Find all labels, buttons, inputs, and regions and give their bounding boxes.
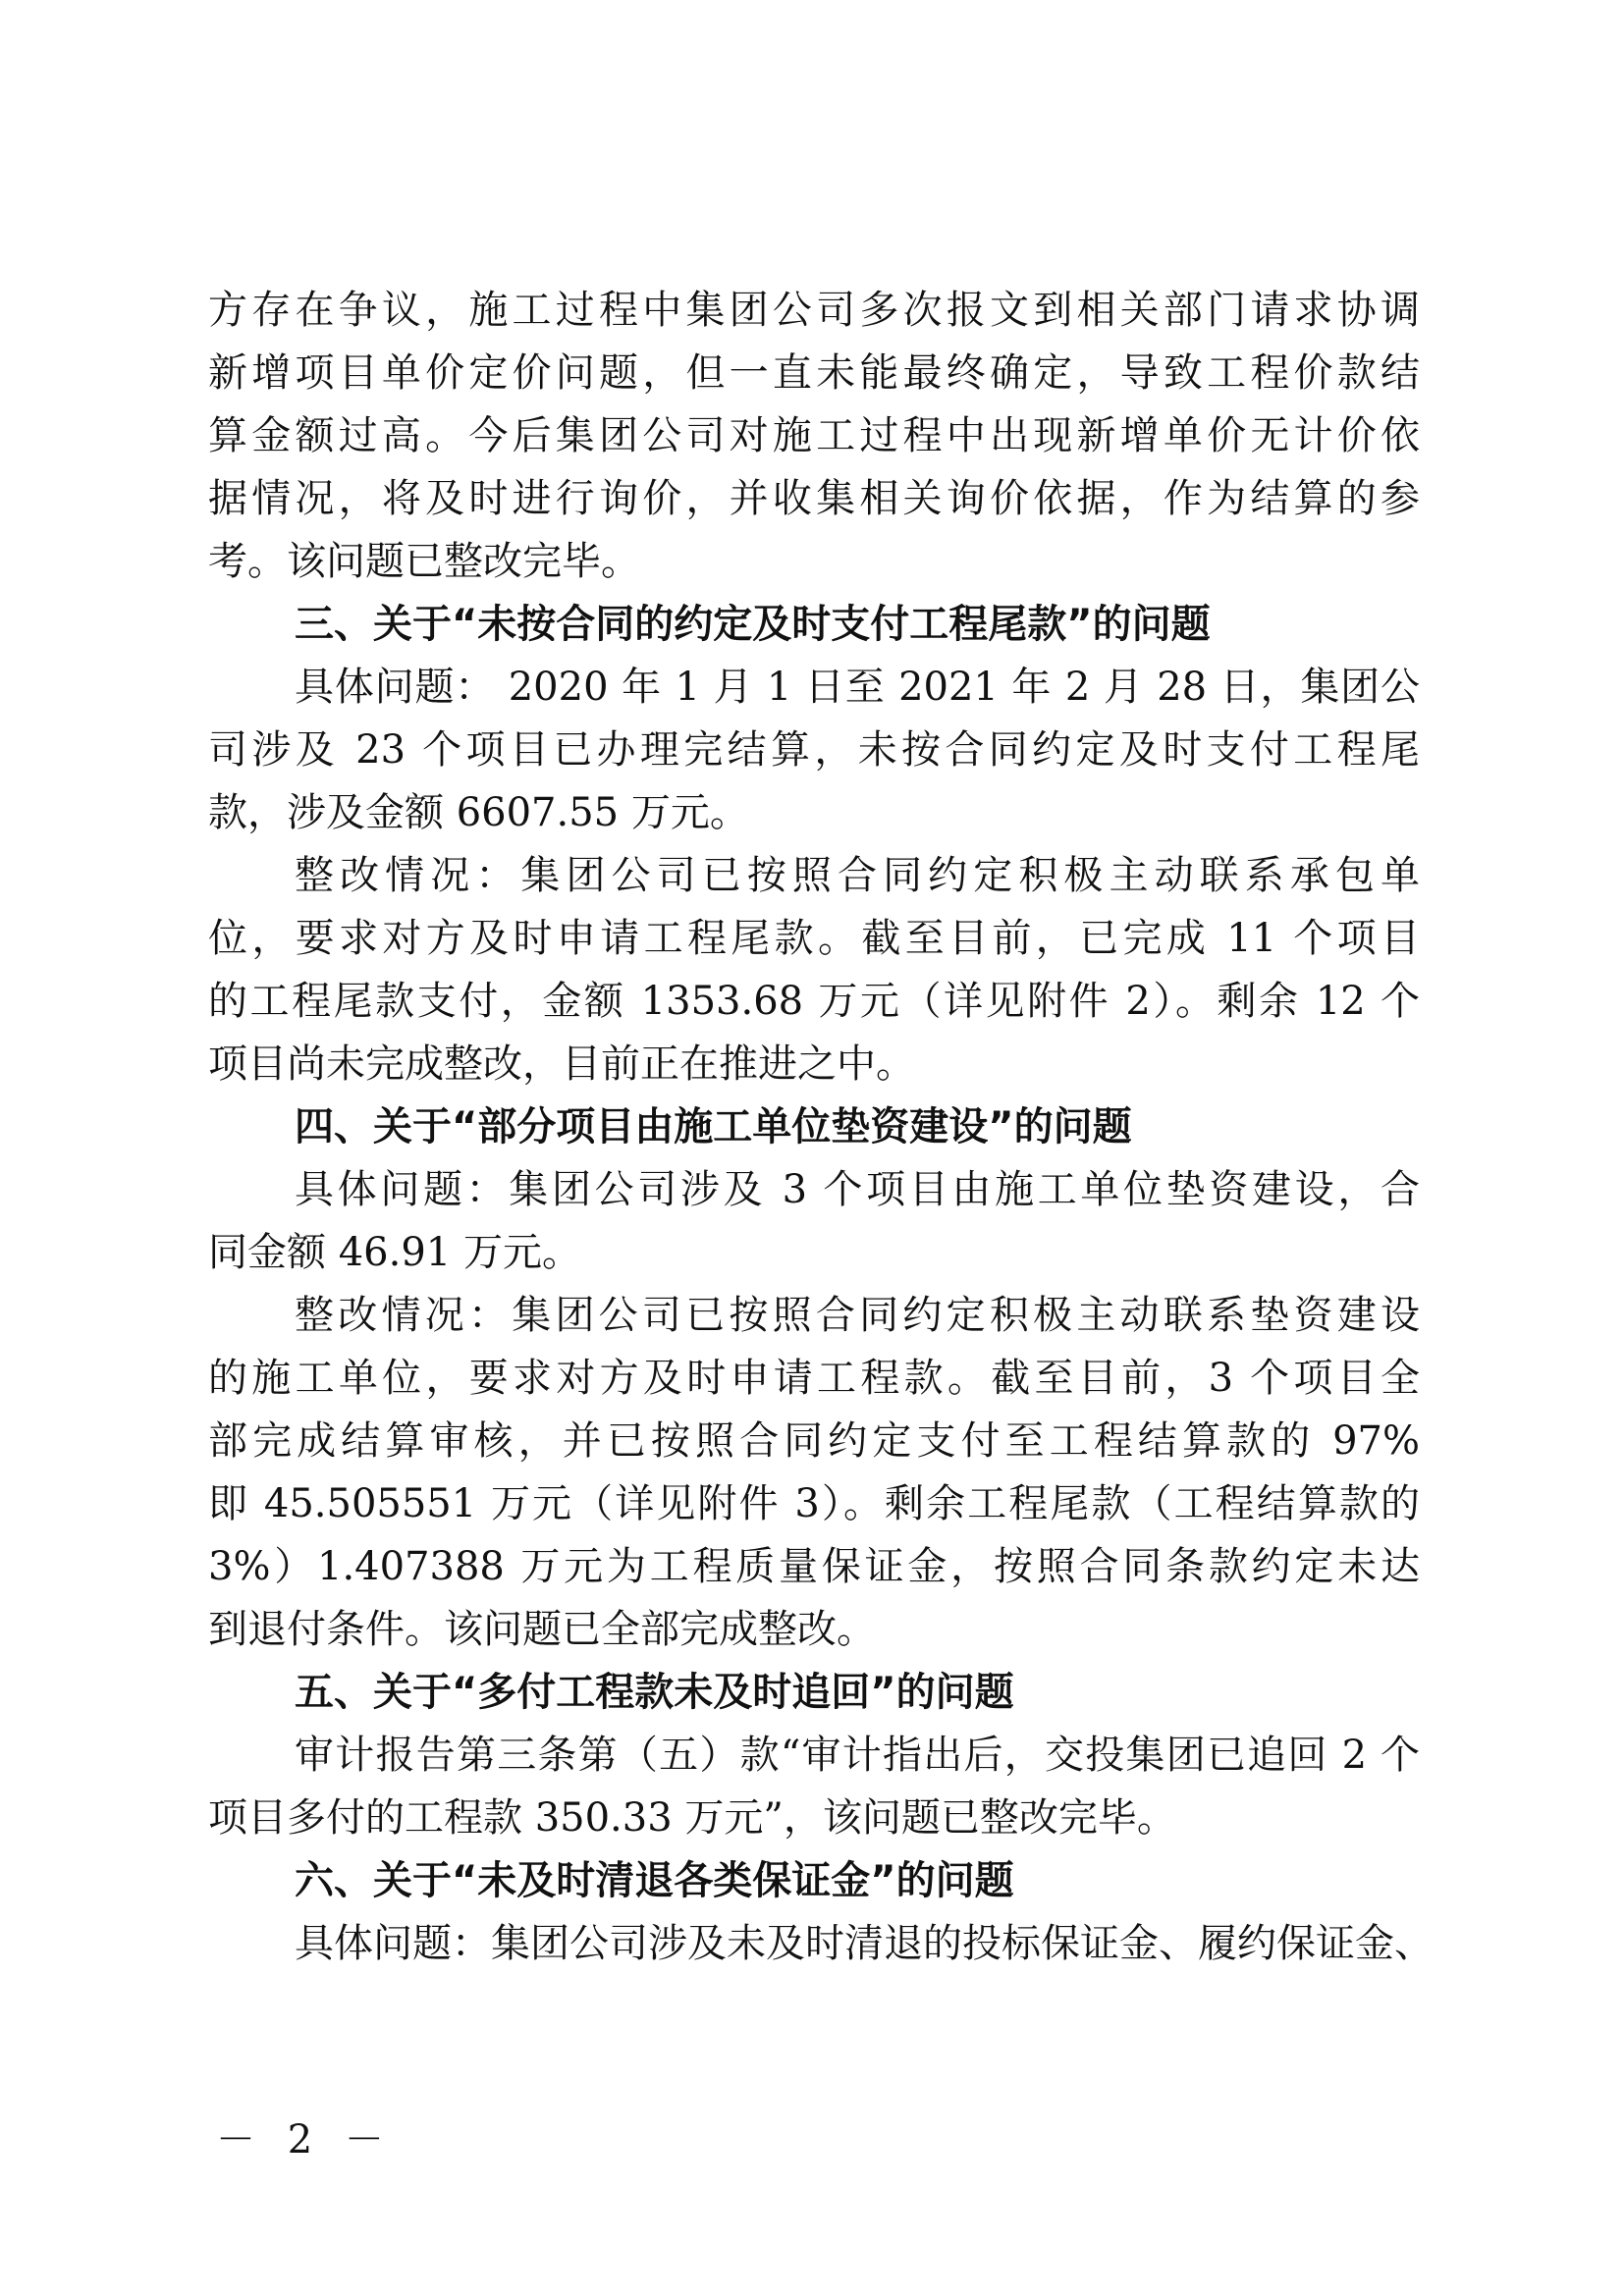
body-line: 3%）1.407388 万元为工程质量保证金，按照合同条款约定未达 [208, 1535, 1420, 1598]
body-line: 据情况，将及时进行询价，并收集相关询价依据，作为结算的参 [208, 467, 1420, 530]
body-line: 款，涉及金额 6607.55 万元。 [208, 781, 1420, 844]
paragraph-issue-3: 具体问题： 2020 年 1 月 1 日至 2021 年 2 月 28 日，集团… [208, 656, 1420, 719]
body-line: 考。该问题已整改完毕。 [208, 530, 1420, 593]
section-heading-4: 四、关于“部分项目由施工单位垫资建设”的问题 [208, 1095, 1420, 1158]
paragraph-issue-6: 具体问题：集团公司涉及未及时清退的投标保证金、履约保证金、 [208, 1912, 1420, 1975]
body-line: 项目尚未完成整改，目前正在推进之中。 [208, 1033, 1420, 1095]
body-line: 方存在争议，施工过程中集团公司多次报文到相关部门请求协调 [208, 279, 1420, 342]
paragraph-rectification-4: 整改情况：集团公司已按照合同约定积极主动联系垫资建设 [208, 1284, 1420, 1347]
body-line: 即 45.505551 万元（详见附件 3）。剩余工程尾款（工程结算款的 [208, 1472, 1420, 1535]
body-line: 同金额 46.91 万元。 [208, 1221, 1420, 1284]
body-line: 位，要求对方及时申请工程尾款。截至目前，已完成 11 个项目 [208, 907, 1420, 970]
body-line: 司涉及 23 个项目已办理完结算，未按合同约定及时支付工程尾 [208, 719, 1420, 781]
body-line: 新增项目单价定价问题，但一直未能最终确定，导致工程价款结 [208, 342, 1420, 404]
body-line: 算金额过高。今后集团公司对施工过程中出现新增单价无计价依 [208, 404, 1420, 467]
body-line: 的工程尾款支付，金额 1353.68 万元（详见附件 2）。剩余 12 个 [208, 970, 1420, 1033]
document-page: 方存在争议，施工过程中集团公司多次报文到相关部门请求协调 新增项目单价定价问题，… [0, 0, 1624, 2296]
body-line: 项目多付的工程款 350.33 万元”，该问题已整改完毕。 [208, 1787, 1420, 1849]
body-line: 的施工单位，要求对方及时申请工程款。截至目前，3 个项目全 [208, 1347, 1420, 1410]
body-line: 部完成结算审核，并已按照合同约定支付至工程结算款的 97% [208, 1410, 1420, 1472]
document-body: 方存在争议，施工过程中集团公司多次报文到相关部门请求协调 新增项目单价定价问题，… [208, 279, 1420, 1975]
section-heading-6: 六、关于“未及时清退各类保证金”的问题 [208, 1849, 1420, 1912]
page-number: － 2 － [216, 2109, 394, 2164]
paragraph-issue-5: 审计报告第三条第（五）款“审计指出后，交投集团已追回 2 个 [208, 1724, 1420, 1787]
section-heading-5: 五、关于“多付工程款未及时追回”的问题 [208, 1661, 1420, 1724]
body-line: 到退付条件。该问题已全部完成整改。 [208, 1598, 1420, 1661]
paragraph-rectification-3: 整改情况：集团公司已按照合同约定积极主动联系承包单 [208, 844, 1420, 907]
section-heading-3: 三、关于“未按合同的约定及时支付工程尾款”的问题 [208, 593, 1420, 656]
paragraph-issue-4: 具体问题：集团公司涉及 3 个项目由施工单位垫资建设，合 [208, 1158, 1420, 1221]
